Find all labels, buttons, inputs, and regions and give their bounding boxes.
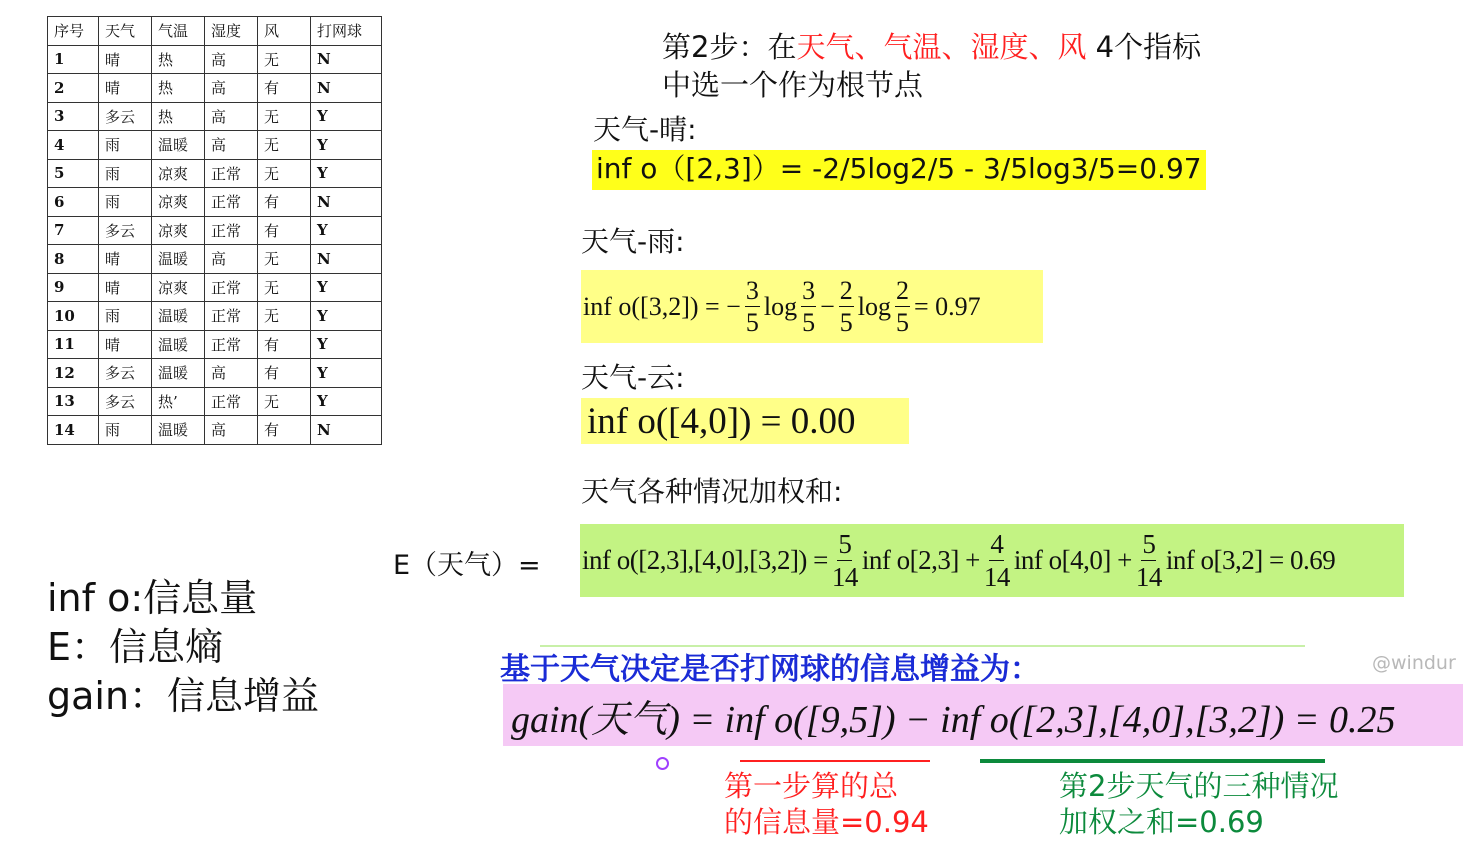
step-suffix: 4个指标: [1086, 30, 1201, 64]
header-wind: 风: [258, 17, 311, 46]
table-cell: 凉爽: [152, 216, 205, 245]
table-cell: 温暖: [152, 330, 205, 359]
table-row: 12多云温暖高有Y: [48, 359, 382, 388]
table-cell: 无: [258, 102, 311, 131]
gain-title: 基于天气决定是否打网球的信息增益为：: [500, 644, 1040, 688]
table-cell: 多云: [99, 216, 152, 245]
table-cell: Y: [311, 102, 382, 131]
sunny-label: 天气-晴:: [593, 108, 697, 148]
table-cell: 凉爽: [152, 273, 205, 302]
table-cell: 4: [48, 131, 99, 160]
fraction: 414: [984, 531, 1010, 591]
table-cell: Y: [311, 359, 382, 388]
table-cell: 多云: [99, 102, 152, 131]
table-cell: 12: [48, 359, 99, 388]
table-cell: 有: [258, 416, 311, 445]
table-cell: 多云: [99, 359, 152, 388]
table-cell: 有: [258, 188, 311, 217]
table-cell: 无: [258, 387, 311, 416]
table-cell: 14: [48, 416, 99, 445]
table-cell: Y: [311, 216, 382, 245]
table-cell: Y: [311, 387, 382, 416]
weighted-term: inf o[2,3] +: [862, 545, 980, 576]
step-prefix: 第2步：在: [662, 30, 796, 64]
table-cell: Y: [311, 131, 382, 160]
fraction: 35: [801, 278, 816, 336]
header-weather: 天气: [99, 17, 152, 46]
note-step1: 第一步算的总 的信息量=0.94: [724, 768, 929, 840]
table-cell: 无: [258, 131, 311, 160]
rain-formula: inf o([3,2]) = − 35 log 35 − 25 log 25 =…: [581, 270, 1043, 343]
table-cell: 正常: [205, 188, 258, 217]
header-humidity: 湿度: [205, 17, 258, 46]
table-row: 1晴热高无N: [48, 45, 382, 74]
table-cell: 晴: [99, 45, 152, 74]
header-id: 序号: [48, 17, 99, 46]
table-cell: 多云: [99, 387, 152, 416]
table-cell: 有: [258, 216, 311, 245]
table-cell: 8: [48, 245, 99, 274]
table-cell: 温暖: [152, 131, 205, 160]
table-cell: 无: [258, 159, 311, 188]
gain-formula-text: gain(天气) = inf o([9,5]) − inf o([2,3],[4…: [511, 688, 1395, 743]
note-step2: 第2步天气的三种情况 加权之和=0.69: [1059, 768, 1338, 840]
table-cell: 高: [205, 131, 258, 160]
table-cell: 高: [205, 245, 258, 274]
table-cell: 无: [258, 45, 311, 74]
table-cell: 无: [258, 302, 311, 331]
tennis-data-table: 序号 天气 气温 湿度 风 打网球 1晴热高无N2晴热高有N3多云热高无Y4雨温…: [47, 16, 382, 445]
table-cell: N: [311, 416, 382, 445]
fraction: 514: [1136, 531, 1162, 591]
table-cell: 有: [258, 330, 311, 359]
table-cell: 高: [205, 45, 258, 74]
table-header-row: 序号 天气 气温 湿度 风 打网球: [48, 17, 382, 46]
table-cell: 温暖: [152, 245, 205, 274]
cloud-formula: inf o([4,0]) = 0.00: [581, 398, 909, 444]
green-underline: [980, 759, 1325, 763]
table-row: 3多云热高无Y: [48, 102, 382, 131]
cursor-circle-icon: [656, 757, 669, 770]
table-cell: 雨: [99, 159, 152, 188]
table-cell: N: [311, 45, 382, 74]
table-cell: 11: [48, 330, 99, 359]
table-cell: 热’: [152, 387, 205, 416]
table-cell: 7: [48, 216, 99, 245]
rain-lhs: inf o([3,2]) = −: [583, 292, 741, 322]
table-cell: 热: [152, 45, 205, 74]
table-cell: 晴: [99, 273, 152, 302]
table-cell: N: [311, 245, 382, 274]
table-cell: 有: [258, 359, 311, 388]
table-cell: 正常: [205, 159, 258, 188]
table-cell: 正常: [205, 387, 258, 416]
red-underline: [740, 760, 930, 762]
table-cell: Y: [311, 302, 382, 331]
table-cell: N: [311, 74, 382, 103]
note-step2-line1: 第2步天气的三种情况: [1059, 768, 1338, 804]
table-cell: 正常: [205, 302, 258, 331]
weighted-sum-label: 天气各种情况加权和:: [581, 470, 842, 510]
weighted-term: inf o[3,2] = 0.69: [1166, 545, 1335, 576]
watermark: @windur: [1372, 652, 1456, 674]
header-play-tennis: 打网球: [311, 17, 382, 46]
table-row: 8晴温暖高无N: [48, 245, 382, 274]
fraction: 25: [895, 278, 910, 336]
table-row: 10雨温暖正常无Y: [48, 302, 382, 331]
table-cell: 高: [205, 102, 258, 131]
table-cell: 温暖: [152, 302, 205, 331]
rain-result: = 0.97: [914, 292, 981, 322]
legend-entropy: E：信息熵: [47, 623, 319, 672]
table-row: 7多云凉爽正常有Y: [48, 216, 382, 245]
table-cell: 无: [258, 273, 311, 302]
step-title: 第2步：在天气、气温、湿度、风 4个指标 中选一个作为根节点: [662, 28, 1201, 104]
table-cell: 2: [48, 74, 99, 103]
table-cell: Y: [311, 159, 382, 188]
table-cell: Y: [311, 330, 382, 359]
table-cell: 3: [48, 102, 99, 131]
table-cell: 13: [48, 387, 99, 416]
weighted-formula: inf o([2,3],[4,0],[3,2]) = 514 inf o[2,3…: [580, 524, 1404, 597]
legend-info: inf o:信息量: [47, 574, 319, 623]
table-cell: 高: [205, 74, 258, 103]
log-text: log: [764, 292, 797, 322]
step-highlight: 天气、气温、湿度、风: [796, 30, 1086, 64]
table-cell: 凉爽: [152, 159, 205, 188]
legend-gain: gain：信息增益: [47, 672, 319, 721]
table-cell: 雨: [99, 302, 152, 331]
table-cell: 1: [48, 45, 99, 74]
note-step1-line1: 第一步算的总: [724, 768, 929, 804]
table-cell: 正常: [205, 330, 258, 359]
legend: inf o:信息量 E：信息熵 gain：信息增益: [47, 574, 319, 721]
table-cell: 高: [205, 359, 258, 388]
weighted-lhs: inf o([2,3],[4,0],[3,2]) =: [582, 545, 828, 576]
table-row: 11晴温暖正常有Y: [48, 330, 382, 359]
table-row: 14雨温暖高有N: [48, 416, 382, 445]
table-cell: 高: [205, 416, 258, 445]
table-cell: N: [311, 188, 382, 217]
table-cell: 温暖: [152, 416, 205, 445]
table-cell: 有: [258, 74, 311, 103]
table-cell: 无: [258, 245, 311, 274]
minus-sign: −: [820, 292, 835, 322]
gain-formula: gain(天气) = inf o([9,5]) − inf o([2,3],[4…: [503, 684, 1463, 746]
table-cell: Y: [311, 273, 382, 302]
table-row: 2晴热高有N: [48, 74, 382, 103]
note-step2-line2: 加权之和=0.69: [1059, 804, 1338, 840]
table-cell: 晴: [99, 330, 152, 359]
table-cell: 晴: [99, 245, 152, 274]
step-line2: 中选一个作为根节点: [662, 68, 923, 102]
weighted-term: inf o[4,0] +: [1014, 545, 1132, 576]
table-cell: 5: [48, 159, 99, 188]
table-row: 5雨凉爽正常无Y: [48, 159, 382, 188]
entropy-label: E（天气）=: [393, 543, 541, 582]
table-cell: 正常: [205, 216, 258, 245]
fraction: 25: [839, 278, 854, 336]
table-cell: 6: [48, 188, 99, 217]
table-cell: 热: [152, 102, 205, 131]
header-temperature: 气温: [152, 17, 205, 46]
sunny-formula: inf o（[2,3]）= -2/5log2/5 - 3/5log3/5=0.9…: [592, 150, 1206, 190]
table-row: 13多云热’正常无Y: [48, 387, 382, 416]
log-text: log: [858, 292, 891, 322]
table-cell: 正常: [205, 273, 258, 302]
note-step1-line2: 的信息量=0.94: [724, 804, 929, 840]
rain-label: 天气-雨:: [581, 220, 685, 260]
table-cell: 凉爽: [152, 188, 205, 217]
table-cell: 热: [152, 74, 205, 103]
table-cell: 晴: [99, 74, 152, 103]
table-cell: 雨: [99, 188, 152, 217]
fraction: 35: [745, 278, 760, 336]
table-cell: 雨: [99, 131, 152, 160]
table-cell: 温暖: [152, 359, 205, 388]
table-row: 4雨温暖高无Y: [48, 131, 382, 160]
table-cell: 9: [48, 273, 99, 302]
table-cell: 10: [48, 302, 99, 331]
fraction: 514: [832, 531, 858, 591]
table-row: 6雨凉爽正常有N: [48, 188, 382, 217]
table-cell: 雨: [99, 416, 152, 445]
cloud-label: 天气-云:: [581, 356, 685, 396]
table-row: 9晴凉爽正常无Y: [48, 273, 382, 302]
